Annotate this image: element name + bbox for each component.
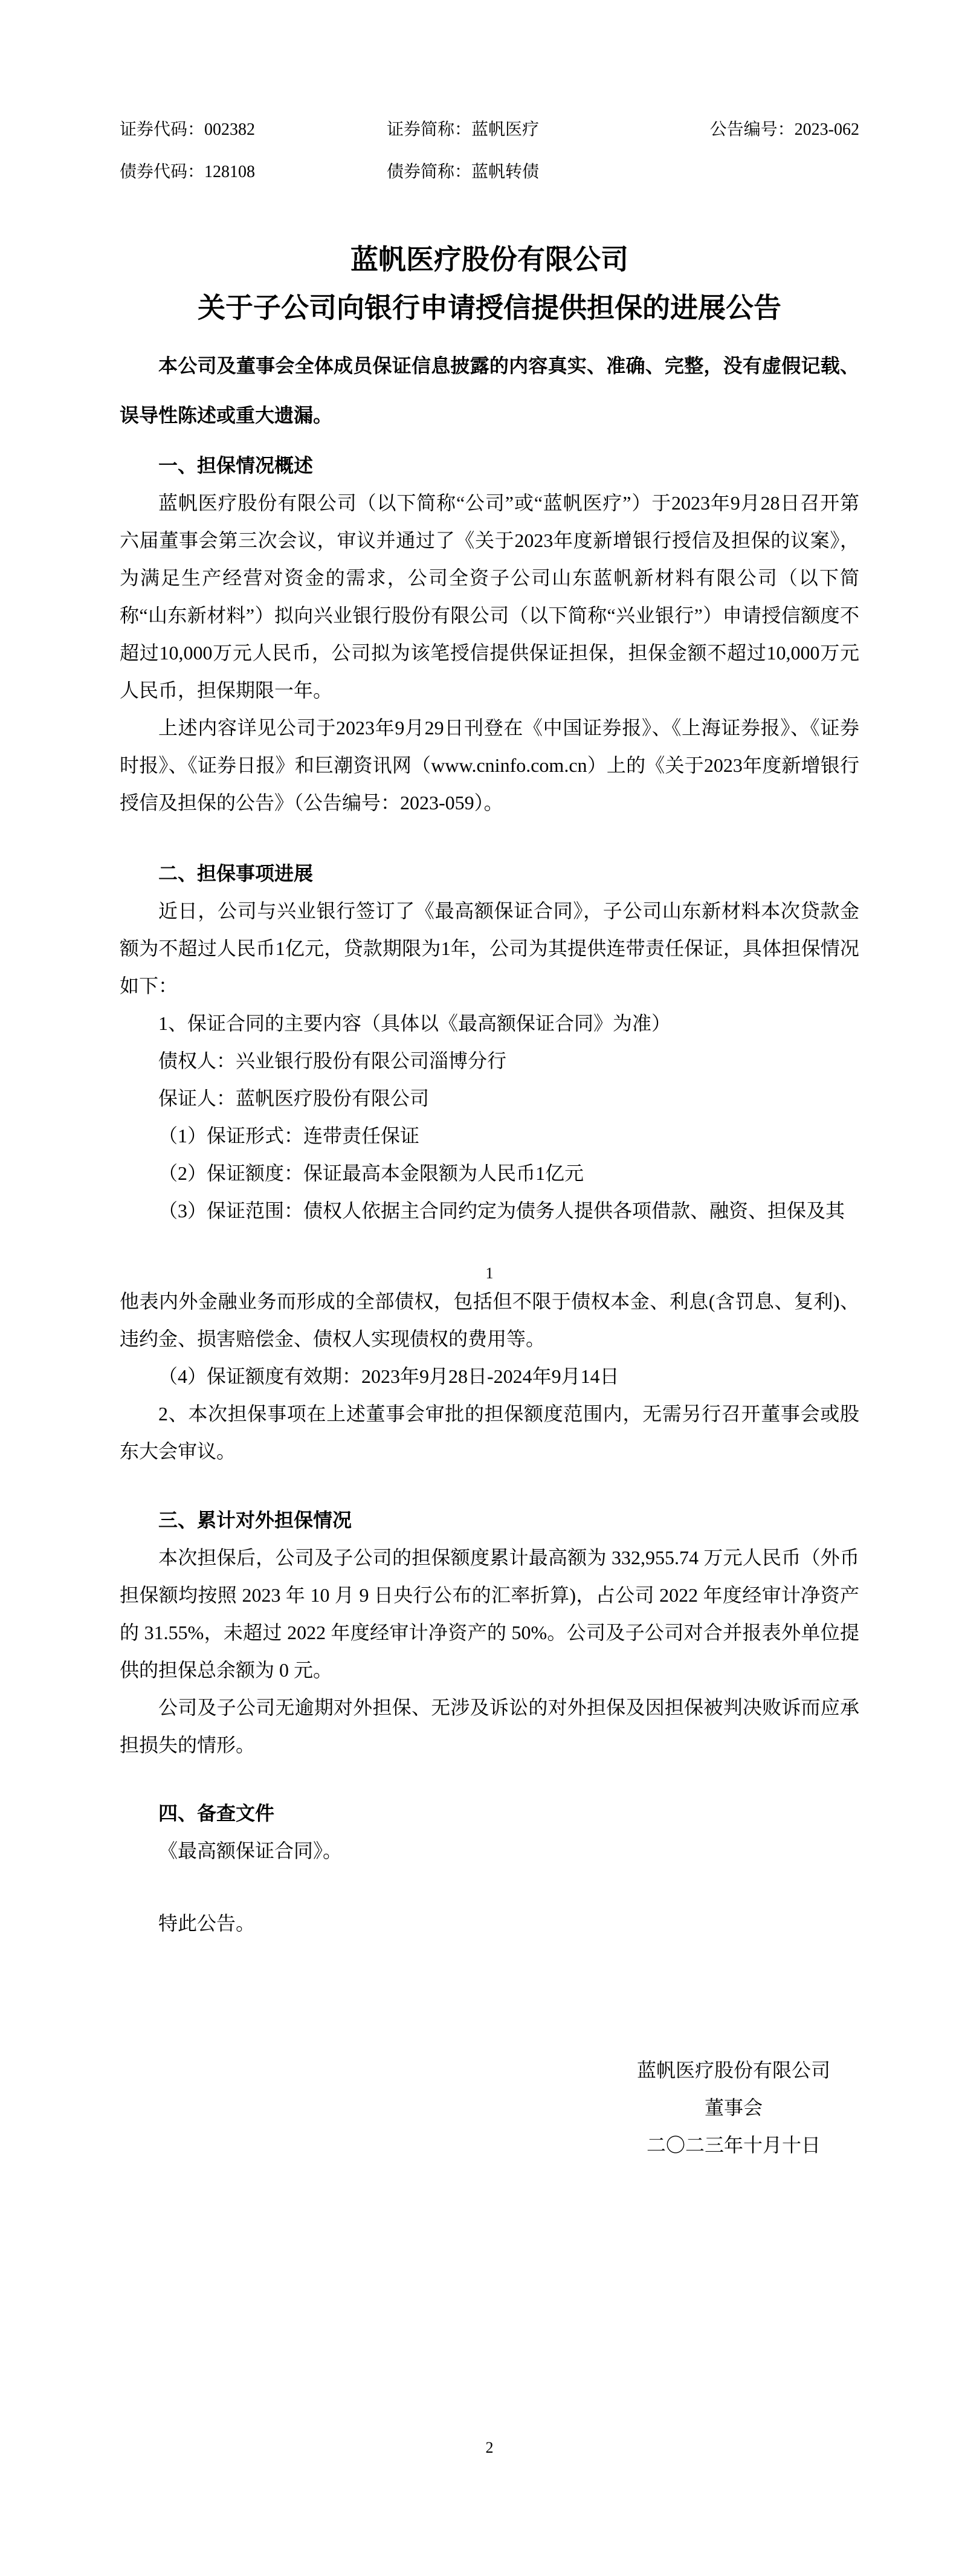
signature-block: 蓝帆医疗股份有限公司 董事会 二〇二三年十月十日 bbox=[631, 2051, 836, 2164]
header-empty-cell bbox=[671, 157, 859, 187]
creditor-line: 债权人：兴业银行股份有限公司淄博分行 bbox=[120, 1042, 859, 1079]
section4-heading: 四、备查文件 bbox=[120, 1794, 859, 1832]
closing-statement: 特此公告。 bbox=[120, 1904, 859, 1942]
signature-company: 蓝帆医疗股份有限公司 bbox=[631, 2051, 836, 2089]
page-number-1: 1 bbox=[120, 1264, 859, 1283]
bond-code: 债券代码：128108 bbox=[120, 157, 387, 187]
section1-heading: 一、担保情况概述 bbox=[120, 447, 859, 484]
guarantee-scope-line-page1: （3）保证范围：债权人依据主合同约定为债务人提供各项借款、融资、担保及其 bbox=[120, 1192, 859, 1229]
section2-item-contract-content: 1、保证合同的主要内容（具体以《最高额保证合同》为准） bbox=[120, 1005, 859, 1042]
announcement-title: 关于子公司向银行申请授信提供担保的进展公告 bbox=[120, 284, 859, 332]
company-name-title: 蓝帆医疗股份有限公司 bbox=[120, 236, 859, 284]
header-row-1: 证券代码：002382 证券简称：蓝帆医疗 公告编号：2023-062 bbox=[120, 115, 859, 145]
title-block: 蓝帆医疗股份有限公司 关于子公司向银行申请授信提供担保的进展公告 bbox=[120, 236, 859, 332]
page-number-2: 2 bbox=[120, 2439, 859, 2457]
stock-code: 证券代码：002382 bbox=[120, 115, 387, 145]
stock-short-name: 证券简称：蓝帆医疗 bbox=[387, 115, 671, 145]
section1-paragraph-overview: 蓝帆医疗股份有限公司（以下简称“公司”或“蓝帆医疗”）于2023年9月28日召开… bbox=[120, 484, 859, 709]
section3-paragraph-cumulative: 本次担保后，公司及子公司的担保额度累计最高额为 332,955.74 万元人民币… bbox=[120, 1539, 859, 1689]
guarantee-limit-line: （2）保证额度：保证最高本金限额为人民币1亿元 bbox=[120, 1154, 859, 1192]
section3-heading: 三、累计对外担保情况 bbox=[120, 1501, 859, 1539]
section2-item-approval: 2、本次担保事项在上述董事会审批的担保额度范围内，无需另行召开董事会或股东大会审… bbox=[120, 1395, 859, 1470]
header-row-2: 债券代码：128108 债券简称：蓝帆转债 bbox=[120, 157, 859, 187]
section1-paragraph-reference: 上述内容详见公司于2023年9月29日刊登在《中国证券报》、《上海证券报》、《证… bbox=[120, 709, 859, 821]
document-header: 证券代码：002382 证券简称：蓝帆医疗 公告编号：2023-062 债券代码… bbox=[120, 0, 859, 187]
document-content: 证券代码：002382 证券简称：蓝帆医疗 公告编号：2023-062 债券代码… bbox=[120, 0, 859, 2457]
section4-document-line: 《最高额保证合同》。 bbox=[120, 1832, 859, 1869]
section2-paragraph-progress: 近日，公司与兴业银行签订了《最高额保证合同》，子公司山东新材料本次贷款金额为不超… bbox=[120, 892, 859, 1005]
signature-date: 二〇二三年十月十日 bbox=[631, 2126, 836, 2164]
guarantor-line: 保证人：蓝帆医疗股份有限公司 bbox=[120, 1079, 859, 1117]
disclosure-statement: 本公司及董事会全体成员保证信息披露的内容真实、准确、完整，没有虚假记载、误导性陈… bbox=[120, 341, 859, 440]
bond-short-name: 债券简称：蓝帆转债 bbox=[387, 157, 671, 187]
guarantee-validity-line: （4）保证额度有效期：2023年9月28日-2024年9月14日 bbox=[120, 1358, 859, 1395]
announcement-page: 证券代码：002382 证券简称：蓝帆医疗 公告编号：2023-062 债券代码… bbox=[0, 0, 959, 2576]
guarantee-form-line: （1）保证形式：连带责任保证 bbox=[120, 1117, 859, 1154]
signature-board: 董事会 bbox=[631, 2089, 836, 2126]
announcement-number: 公告编号：2023-062 bbox=[671, 115, 859, 145]
section2-heading: 二、担保事项进展 bbox=[120, 855, 859, 892]
guarantee-scope-line-page2: 他表内外金融业务而形成的全部债权，包括但不限于债权本金、利息(含罚息、复利)、违… bbox=[120, 1283, 859, 1358]
section3-paragraph-no-overdue: 公司及子公司无逾期对外担保、无涉及诉讼的对外担保及因担保被判决败诉而应承担损失的… bbox=[120, 1689, 859, 1764]
